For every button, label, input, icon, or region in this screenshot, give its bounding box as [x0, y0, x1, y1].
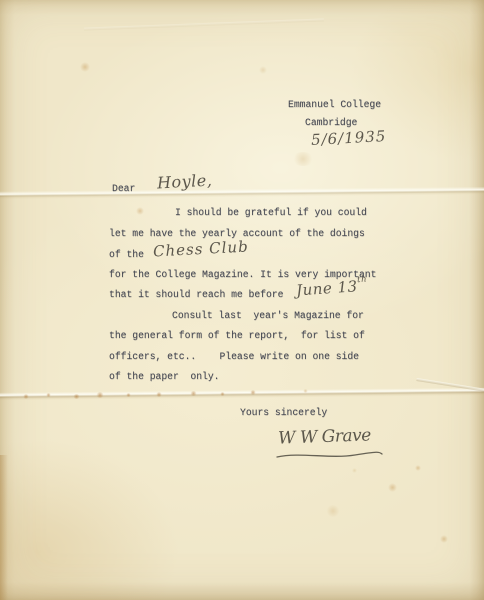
- letter-line: I should be grateful if you could: [109, 202, 376, 223]
- stain: [292, 152, 314, 166]
- stain: [415, 465, 421, 471]
- typed-text: the general form of the report, for list…: [109, 330, 365, 341]
- stain: [96, 392, 104, 398]
- stain: [190, 391, 197, 396]
- fold-crease-bottom: [0, 387, 484, 400]
- stain: [80, 62, 90, 72]
- stain: [440, 535, 448, 543]
- handwritten-deadline-ordinal: th: [357, 275, 368, 286]
- signature-handwritten: W W Grave: [278, 425, 371, 448]
- typed-text: officers, etc.. Please write on one side: [109, 351, 359, 362]
- stain: [259, 66, 267, 74]
- stain: [388, 483, 397, 492]
- stain: [250, 390, 256, 395]
- stain: [220, 392, 225, 396]
- stain: [126, 393, 131, 397]
- letter-line: of theChess Club: [109, 243, 376, 264]
- typed-text: I should be grateful if you could: [175, 207, 367, 218]
- stain: [303, 389, 308, 393]
- stain: [46, 393, 51, 397]
- typed-text: of the: [109, 249, 144, 260]
- signature-underline: [275, 449, 385, 461]
- valediction: Yours sincerely: [240, 407, 327, 419]
- handwritten-chess-club: Chess Club: [152, 238, 249, 261]
- stain: [73, 394, 80, 399]
- letterhead-city: Cambridge: [305, 117, 357, 129]
- typed-text: of the paper only.: [109, 371, 219, 382]
- letterhead-date-handwritten: 5/6/1935: [311, 127, 387, 149]
- stain: [352, 468, 357, 473]
- letter-line: the general form of the report, for list…: [109, 325, 376, 346]
- typed-text: let me have the yearly account of the do…: [109, 228, 365, 239]
- letterhead-institution: Emmanuel College: [288, 99, 381, 111]
- fold-crease-top: [0, 187, 484, 200]
- letter-line: of the paper only.: [109, 366, 376, 387]
- letter-line: officers, etc.. Please write on one side: [109, 346, 376, 367]
- stain: [326, 505, 340, 517]
- salutation-typed: Dear: [112, 183, 135, 194]
- edge-stain-left: [0, 455, 8, 600]
- letter-line: Consult last year's Magazine for: [109, 305, 376, 326]
- letter-page: Emmanuel College Cambridge 5/6/1935 Dear…: [0, 0, 484, 600]
- handwritten-deadline: June 13th: [295, 275, 368, 300]
- letter-line: that it should reach me before June 13th: [109, 284, 376, 305]
- wrinkle-top: [84, 18, 324, 30]
- letter-body: I should be grateful if you could let me…: [109, 202, 376, 387]
- stain: [23, 394, 29, 399]
- salutation: DearHoyle,: [112, 176, 213, 196]
- recipient-name-handwritten: Hoyle,: [157, 171, 213, 193]
- typed-text: that it should reach me before: [109, 289, 283, 300]
- handwritten-deadline-date: June 13: [296, 277, 359, 299]
- stain: [156, 392, 162, 397]
- typed-text: Consult last year's Magazine for: [172, 310, 364, 321]
